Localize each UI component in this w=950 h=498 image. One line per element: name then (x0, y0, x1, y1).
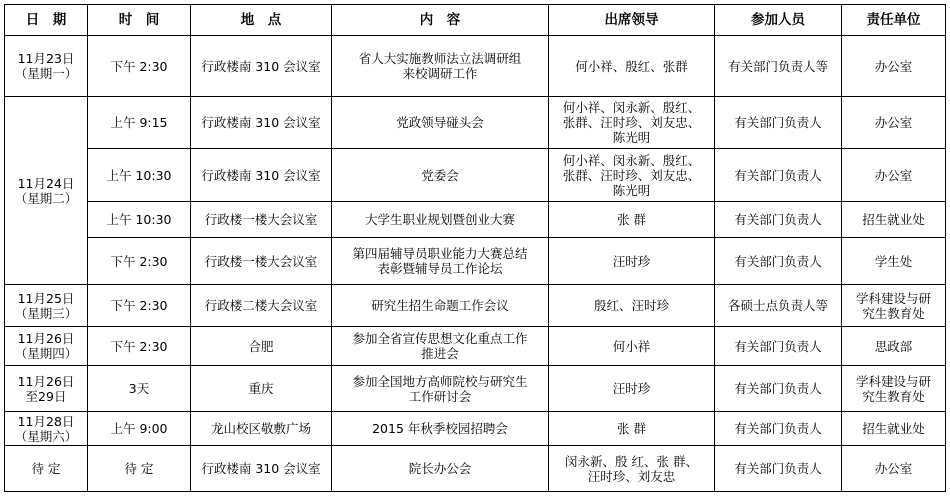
cell-time: 3天 (88, 366, 191, 412)
cell-leaders: 张 群 (549, 202, 715, 238)
table-row: 11月25日 （星期三）下午 2:30行政楼二楼大会议室研究生招生命题工作会议殷… (5, 285, 946, 327)
table-row: 11月26日 （星期四）下午 2:30合肥参加全省宣传思想文化重点工作 推进会何… (5, 327, 946, 366)
cell-attendees: 有关部门负责人 (715, 238, 842, 285)
cell-time: 上午 10:30 (88, 202, 191, 238)
table-row: 11月23日 （星期一）下午 2:30行政楼南 310 会议室省人大实施教师法立… (5, 36, 946, 97)
cell-time: 下午 2:30 (88, 238, 191, 285)
header-unit: 责任单位 (842, 5, 946, 36)
cell-content: 党委会 (332, 149, 549, 202)
header-leaders: 出席领导 (549, 5, 715, 36)
table-row: 下午 2:30行政楼一楼大会议室第四届辅导员职业能力大赛总结 表彰暨辅导员工作论… (5, 238, 946, 285)
cell-unit: 思政部 (842, 327, 946, 366)
schedule-table: 日 期 时 间 地 点 内 容 出席领导 参加人员 责任单位 11月23日 （星… (4, 4, 946, 492)
cell-unit: 办公室 (842, 446, 946, 492)
cell-content: 省人大实施教师法立法调研组 来校调研工作 (332, 36, 549, 97)
cell-date: 11月28日 （星期六） (5, 412, 88, 446)
cell-date: 11月26日 至29日 (5, 366, 88, 412)
header-time: 时 间 (88, 5, 191, 36)
cell-leaders: 何小祥、闵永新、殷红、 张群、汪时珍、刘友忠、 陈光明 (549, 97, 715, 149)
cell-content: 第四届辅导员职业能力大赛总结 表彰暨辅导员工作论坛 (332, 238, 549, 285)
cell-time: 上午 9:15 (88, 97, 191, 149)
cell-content: 2015 年秋季校园招聘会 (332, 412, 549, 446)
cell-attendees: 有关部门负责人 (715, 412, 842, 446)
cell-attendees: 有关部门负责人 (715, 97, 842, 149)
cell-date: 11月23日 （星期一） (5, 36, 88, 97)
cell-leaders: 汪时珍 (549, 366, 715, 412)
cell-attendees: 有关部门负责人 (715, 149, 842, 202)
cell-place: 重庆 (191, 366, 332, 412)
cell-content: 党政领导碰头会 (332, 97, 549, 149)
cell-unit: 招生就业处 (842, 412, 946, 446)
cell-leaders: 闵永新、殷 红、张 群、 汪时珍、刘友忠 (549, 446, 715, 492)
cell-place: 行政楼南 310 会议室 (191, 149, 332, 202)
cell-attendees: 各硕士点负责人等 (715, 285, 842, 327)
cell-place: 行政楼南 310 会议室 (191, 97, 332, 149)
cell-content: 研究生招生命题工作会议 (332, 285, 549, 327)
cell-leaders: 何小祥、闵永新、殷红、 张群、汪时珍、刘友忠、 陈光明 (549, 149, 715, 202)
cell-date: 待 定 (5, 446, 88, 492)
cell-content: 院长办公会 (332, 446, 549, 492)
cell-leaders: 何小祥 (549, 327, 715, 366)
header-date: 日 期 (5, 5, 88, 36)
cell-unit: 学科建设与研 究生教育处 (842, 366, 946, 412)
cell-unit: 办公室 (842, 36, 946, 97)
cell-time: 上午 9:00 (88, 412, 191, 446)
cell-unit: 办公室 (842, 97, 946, 149)
cell-time: 下午 2:30 (88, 36, 191, 97)
cell-time: 下午 2:30 (88, 327, 191, 366)
cell-attendees: 有关部门负责人 (715, 327, 842, 366)
cell-attendees: 有关部门负责人 (715, 202, 842, 238)
cell-date: 11月24日 （星期二） (5, 97, 88, 285)
cell-place: 行政楼南 310 会议室 (191, 446, 332, 492)
cell-unit: 招生就业处 (842, 202, 946, 238)
cell-place: 行政楼一楼大会议室 (191, 202, 332, 238)
cell-attendees: 有关部门负责人 (715, 366, 842, 412)
cell-unit: 学科建设与研 究生教育处 (842, 285, 946, 327)
cell-content: 参加全省宣传思想文化重点工作 推进会 (332, 327, 549, 366)
cell-unit: 学生处 (842, 238, 946, 285)
table-row: 11月28日 （星期六）上午 9:00龙山校区敬敷广场2015 年秋季校园招聘会… (5, 412, 946, 446)
cell-leaders: 汪时珍 (549, 238, 715, 285)
cell-time: 上午 10:30 (88, 149, 191, 202)
cell-time: 待 定 (88, 446, 191, 492)
table-row: 上午 10:30行政楼南 310 会议室党委会何小祥、闵永新、殷红、 张群、汪时… (5, 149, 946, 202)
header-place: 地 点 (191, 5, 332, 36)
cell-place: 行政楼二楼大会议室 (191, 285, 332, 327)
cell-place: 龙山校区敬敷广场 (191, 412, 332, 446)
header-row: 日 期 时 间 地 点 内 容 出席领导 参加人员 责任单位 (5, 5, 946, 36)
cell-leaders: 张 群 (549, 412, 715, 446)
cell-content: 大学生职业规划暨创业大赛 (332, 202, 549, 238)
cell-date: 11月26日 （星期四） (5, 327, 88, 366)
cell-unit: 办公室 (842, 149, 946, 202)
cell-time: 下午 2:30 (88, 285, 191, 327)
cell-leaders: 殷红、汪时珍 (549, 285, 715, 327)
cell-attendees: 有关部门负责人 (715, 446, 842, 492)
table-row: 11月26日 至29日3天重庆参加全国地方高师院校与研究生 工作研讨会汪时珍有关… (5, 366, 946, 412)
cell-place: 行政楼一楼大会议室 (191, 238, 332, 285)
cell-content: 参加全国地方高师院校与研究生 工作研讨会 (332, 366, 549, 412)
header-attendees: 参加人员 (715, 5, 842, 36)
table-row: 11月24日 （星期二）上午 9:15行政楼南 310 会议室党政领导碰头会何小… (5, 97, 946, 149)
cell-leaders: 何小祥、殷红、张群 (549, 36, 715, 97)
table-row: 上午 10:30行政楼一楼大会议室大学生职业规划暨创业大赛张 群有关部门负责人招… (5, 202, 946, 238)
cell-place: 合肥 (191, 327, 332, 366)
header-content: 内 容 (332, 5, 549, 36)
cell-attendees: 有关部门负责人等 (715, 36, 842, 97)
cell-place: 行政楼南 310 会议室 (191, 36, 332, 97)
table-row: 待 定待 定行政楼南 310 会议室院长办公会闵永新、殷 红、张 群、 汪时珍、… (5, 446, 946, 492)
cell-date: 11月25日 （星期三） (5, 285, 88, 327)
